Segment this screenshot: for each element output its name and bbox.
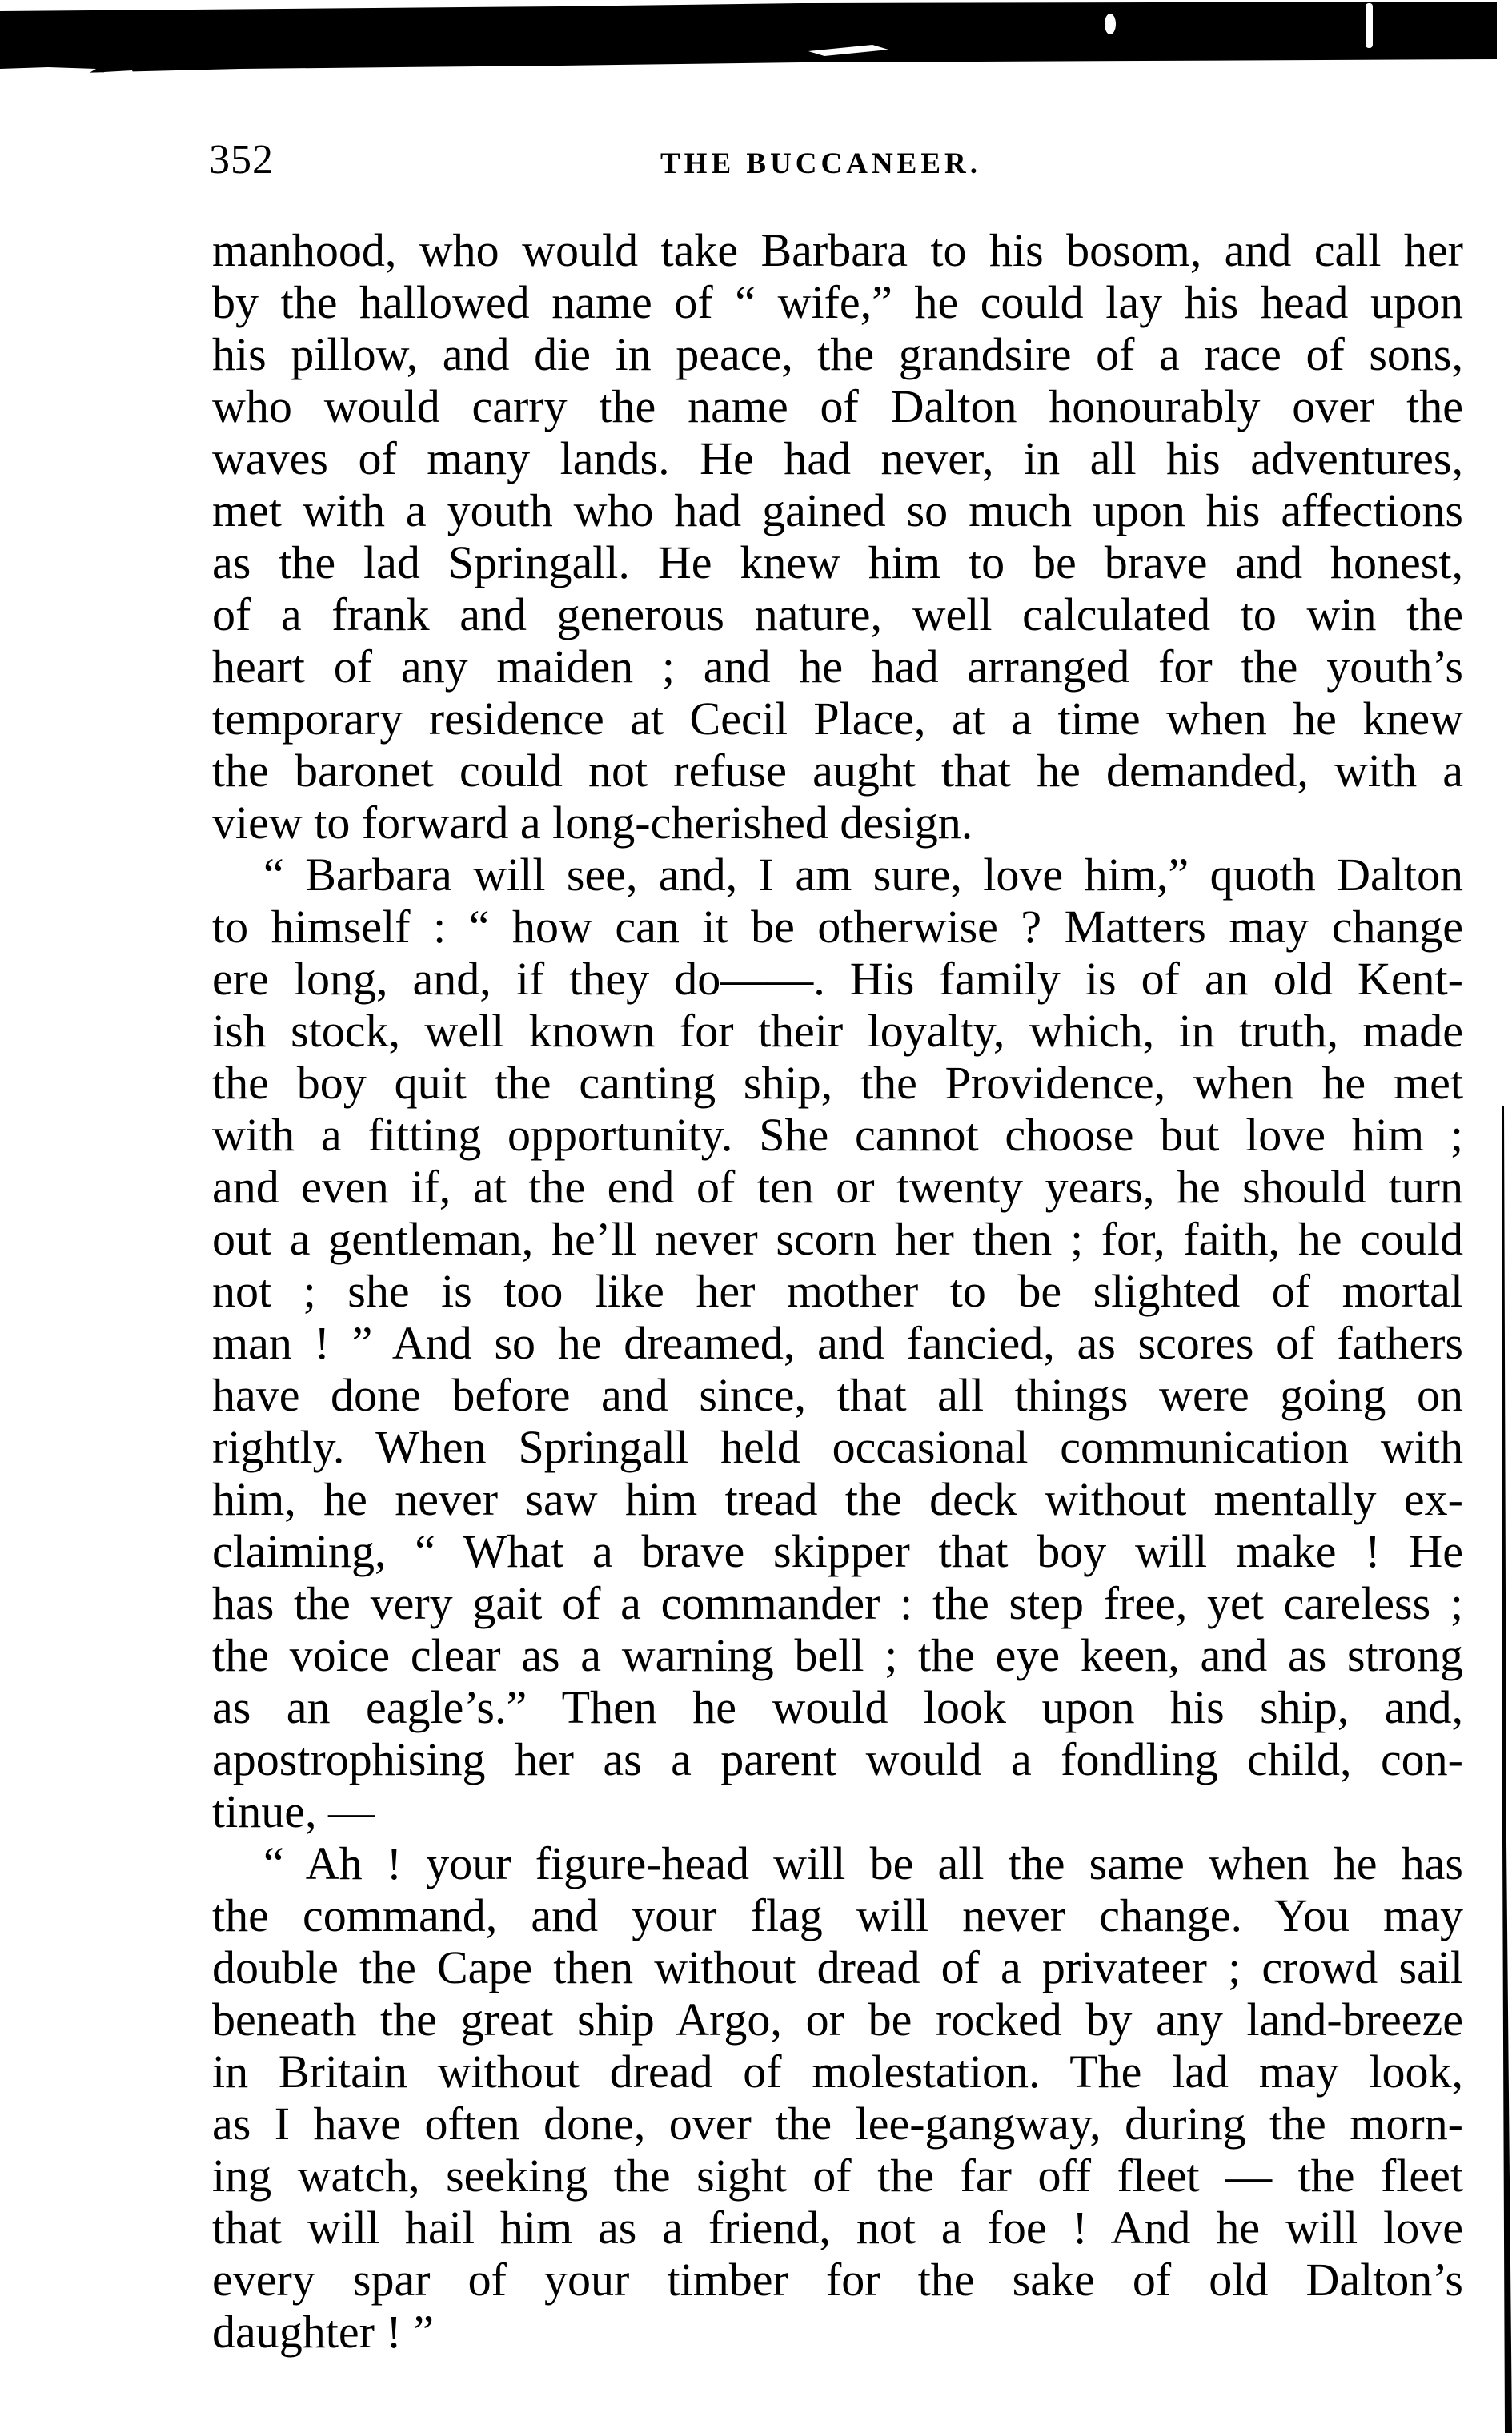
text-line: him, he never saw him tread the deck wit… xyxy=(212,1473,1463,1525)
text-line: that will hail him as a friend, not a fo… xyxy=(212,2202,1463,2254)
text-line: heart of any maiden ; and he had arrange… xyxy=(212,640,1463,693)
text-line: his pillow, and die in peace, the grands… xyxy=(212,328,1463,380)
text-line: ing watch, seeking the sight of the far … xyxy=(212,2150,1463,2202)
text-line: rightly. When Springall held occasional … xyxy=(212,1421,1463,1473)
text-line: “ Barbara will see, and, I am sure, love… xyxy=(212,849,1463,901)
page-number: 352 xyxy=(209,136,274,184)
text-line: as the lad Springall. He knew him to be … xyxy=(212,536,1463,588)
text-line: “ Ah ! your figure-head will be all the … xyxy=(212,1837,1463,1889)
text-line: ere long, and, if they do——. His family … xyxy=(212,953,1463,1005)
paragraph: “ Barbara will see, and, I am sure, love… xyxy=(212,849,1463,1837)
text-line: double the Cape then without dread of a … xyxy=(212,1941,1463,1993)
text-line: by the hallowed name of “ wife,” he coul… xyxy=(212,276,1463,328)
text-line: tinue, — xyxy=(212,1785,1463,1837)
text-line: in Britain without dread of molestation.… xyxy=(212,2046,1463,2098)
paragraph: manhood, who would take Barbara to his b… xyxy=(212,224,1463,849)
text-line: manhood, who would take Barbara to his b… xyxy=(212,224,1463,276)
body-text: manhood, who would take Barbara to his b… xyxy=(212,224,1463,2358)
text-line: as an eagle’s.” Then he would look upon … xyxy=(212,1681,1463,1733)
text-line: out a gentleman, he’ll never scorn her t… xyxy=(212,1213,1463,1265)
text-line: have done before and since, that all thi… xyxy=(212,1369,1463,1421)
running-head: THE BUCCANEER. xyxy=(660,147,1013,182)
text-line: daughter ! ” xyxy=(212,2306,1463,2358)
text-line: of a frank and generous nature, well cal… xyxy=(212,588,1463,640)
text-line: to himself : “ how can it be otherwise ?… xyxy=(212,901,1463,953)
text-line: met with a youth who had gained so much … xyxy=(212,484,1463,536)
text-line: and even if, at the end of ten or twenty… xyxy=(212,1161,1463,1213)
text-line: man ! ” And so he dreamed, and fancied, … xyxy=(212,1317,1463,1369)
text-line: claiming, “ What a brave skipper that bo… xyxy=(212,1525,1463,1577)
text-line: the voice clear as a warning bell ; the … xyxy=(212,1629,1463,1681)
text-line: view to forward a long-cherished design. xyxy=(212,797,1463,849)
scan-top-border xyxy=(0,0,1512,88)
text-line: ish stock, well known for their loyalty,… xyxy=(212,1005,1463,1057)
text-line: not ; she is too like her mother to be s… xyxy=(212,1265,1463,1317)
text-line: apostrophising her as a parent would a f… xyxy=(212,1733,1463,1785)
text-line: temporary residence at Cecil Place, at a… xyxy=(212,693,1463,745)
text-line: the baronet could not refuse aught that … xyxy=(212,745,1463,797)
text-line: the command, and your flag will never ch… xyxy=(212,1889,1463,1941)
text-line: has the very gait of a commander : the s… xyxy=(212,1577,1463,1629)
text-line: as I have often done, over the lee-gangw… xyxy=(212,2098,1463,2150)
text-line: with a fitting opportunity. She cannot c… xyxy=(212,1109,1463,1161)
text-line: waves of many lands. He had never, in al… xyxy=(212,432,1463,484)
text-line: beneath the great ship Argo, or be rocke… xyxy=(212,1993,1463,2046)
text-line: the boy quit the canting ship, the Provi… xyxy=(212,1057,1463,1109)
text-line: every spar of your timber for the sake o… xyxy=(212,2254,1463,2306)
paragraph: “ Ah ! your figure-head will be all the … xyxy=(212,1837,1463,2358)
text-line: who would carry the name of Dalton honou… xyxy=(212,380,1463,432)
